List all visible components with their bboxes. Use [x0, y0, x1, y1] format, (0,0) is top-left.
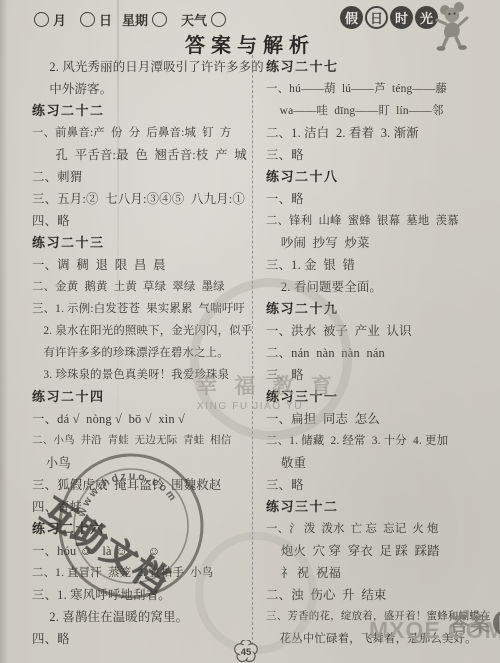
- answer-line: 四、略: [32, 210, 251, 232]
- exercise-heading: 练习二十二: [32, 100, 251, 122]
- answer-line: 三、1. 金 银 错: [266, 254, 494, 276]
- exercise-heading: 练习二十七: [266, 56, 494, 78]
- day-circle: [80, 12, 95, 27]
- answer-line: 三、五月:② 七八月:③④⑤ 八九月:①: [32, 188, 251, 210]
- month-circle: [34, 12, 49, 27]
- answer-line: 二、nán nàn nàn nán: [266, 342, 494, 364]
- answer-line: 四、略: [32, 628, 251, 650]
- exercise-heading: 练习三十二: [266, 496, 494, 518]
- badge-circle-char: 圈: [493, 610, 500, 636]
- answer-line: 一、前鼻音:产 份 分 后鼻音:城 钉 方: [32, 122, 251, 144]
- week-circle: [152, 12, 167, 27]
- answer-line: 二、小鸟 井沿 青蛙 无边无际 青蛙 相信: [32, 430, 251, 452]
- answer-line: 三、略: [266, 474, 494, 496]
- answer-line: wa——哇 dīng——盯 lín——邻: [280, 100, 494, 122]
- day-label: 日: [99, 10, 112, 29]
- answer-line: 二、1. 储藏 2. 经常 3. 十分 4. 更加: [266, 430, 494, 452]
- answer-line: 2. 喜鹊住在温暖的窝里。: [49, 606, 251, 628]
- page-number: 45: [241, 647, 252, 658]
- exercise-heading: 练习二十八: [266, 166, 494, 188]
- answer-line: 2. 看问题要全面。: [281, 276, 494, 298]
- center-watermark-cn: 幸 福 教 育: [196, 370, 338, 400]
- answer-line: 中外游客。: [49, 78, 251, 100]
- answer-line: 二、锋利 山峰 蜜蜂 银幕 墓地 羡慕: [266, 210, 494, 232]
- page-title: 答案与解析: [0, 29, 500, 58]
- month-label: 月: [53, 10, 66, 29]
- answer-line: 三、1. 示例:白发苍苍 果实累累 气喘吁吁: [32, 298, 251, 320]
- answer-line: 一、洪水 被子 产业 认识: [266, 320, 494, 342]
- exercise-heading: 练习二十九: [266, 298, 494, 320]
- weather-label: 天气: [181, 10, 207, 29]
- answer-line: 一、hú——葫 lú——芦 téng——藤: [266, 78, 494, 100]
- answer-line: 敬重: [281, 452, 494, 474]
- answer-line: 二、浊 伤心 升 结束: [266, 584, 494, 606]
- logo-char: 日: [365, 6, 388, 29]
- answer-line: 一、调 稠 退 限 昌 晨: [32, 254, 251, 276]
- scanned-answer-page: 月 日 星期 天气 假 日 时 光 答案与解析 2. 风光秀丽的日月潭吸引了许许…: [0, 0, 500, 663]
- answer-line: 礻 祝 祝福: [281, 562, 494, 584]
- answer-line: 二、刺猬: [32, 166, 251, 188]
- answer-line: 有许许多多的珍珠漂浮在碧水之上。: [43, 342, 251, 364]
- answer-line: 三、略: [266, 144, 494, 166]
- answer-line: 一、氵 泼 泼水 亡 忘 忘记 火 炮: [266, 518, 494, 540]
- weather-circle: [211, 12, 226, 27]
- answer-line: 吵闹 抄写 炒菜: [281, 232, 494, 254]
- answers-column-right: 练习二十七一、hú——葫 lú——芦 téng——藤wa——哇 dīng——盯 …: [266, 56, 494, 650]
- answer-line: 2. 风光秀丽的日月潭吸引了许许多多的: [49, 56, 251, 78]
- answer-line: 一、略: [266, 188, 494, 210]
- page-number-flower: 45: [231, 640, 261, 663]
- column-divider: [252, 55, 253, 660]
- answer-line: 二、1. 洁白 2. 看着 3. 渐渐: [266, 122, 494, 144]
- logo-char: 时: [390, 6, 413, 29]
- answer-line: 炮火 穴 穿 穿衣 足 踩 踩踏: [281, 540, 494, 562]
- answer-line: 二、金黄 鹅黄 土黄 草绿 翠绿 墨绿: [32, 276, 251, 298]
- center-watermark-pinyin: XING FU JIAO YU: [197, 401, 303, 412]
- answer-line: 2. 泉水在阳光的照映下，金光闪闪，似乎: [43, 320, 251, 342]
- holiday-time-logo: 假 日 时 光: [340, 6, 440, 29]
- logo-char: 假: [340, 6, 363, 29]
- week-label: 星期: [122, 10, 148, 29]
- answer-line: 孔 平舌音:最 色 翘舌音:枝 产 城: [56, 144, 251, 166]
- answer-circle-badge: 答案 圈: [449, 608, 500, 637]
- date-line: 月 日 星期 天气: [30, 8, 230, 30]
- badge-prefix-text: 答案: [449, 608, 491, 637]
- exercise-heading: 练习二十三: [32, 232, 251, 254]
